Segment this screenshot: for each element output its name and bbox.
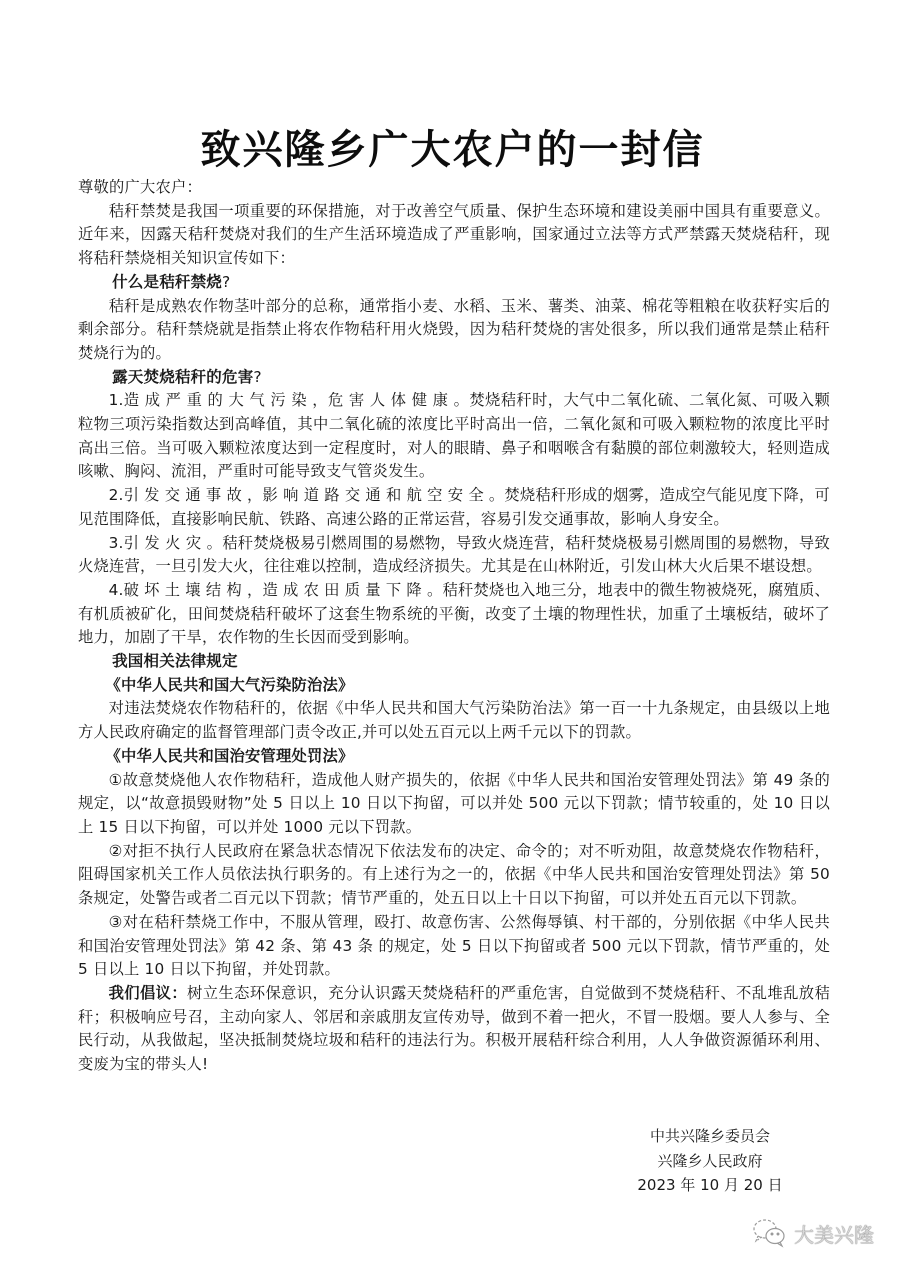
letter-title: 致兴隆乡广大农户的一封信 xyxy=(0,125,905,175)
letter-body: 尊敬的广大农户： 秸秆禁焚是我国一项重要的环保措施，对于改善空气质量、保护生态环… xyxy=(78,176,830,1077)
harm-lead: 1.造 成 严 重 的 大 气 污 染 ，危 害 人 体 健 康 。 xyxy=(109,391,470,409)
section-heading-laws: 我国相关法律规定 xyxy=(78,650,830,674)
law-item-2: ②对拒不执行人民政府在紧急状态情况下依法发布的决定、命令的；对不听劝阻，故意焚烧… xyxy=(78,840,830,911)
proposal-lead: 我们倡议： xyxy=(109,984,187,1002)
heading-text: 露天焚烧秸秆的危害 xyxy=(112,368,253,386)
law-title-public-security: 《中华人民共和国治安管理处罚法》 xyxy=(78,745,830,769)
heading-text: 什么是秸秆禁烧 xyxy=(112,273,222,291)
watermark: 大美兴隆 xyxy=(752,1218,874,1248)
law-item-1: ①故意焚烧他人农作物秸秆，造成他人财产损失的，依据《中华人民共和国治安管理处罚法… xyxy=(78,769,830,840)
harm-item-3: 3.引 发 火 灾 。秸秆焚烧极易引燃周围的易燃物，导致火烧连营，秸秆焚烧极易引… xyxy=(78,532,830,579)
law-item-3: ③对在秸秆禁烧工作中，不服从管理，殴打、故意伤害、公然侮辱镇、村干部的，分别依据… xyxy=(78,911,830,982)
proposal-paragraph: 我们倡议：树立生态环保意识，充分认识露天焚烧秸秆的严重危害，自觉做到不焚烧秸秆、… xyxy=(78,982,830,1077)
harm-lead: 4.破 坏 土 壤 结 构 ，造 成 农 田 质 量 下 降 。 xyxy=(109,581,443,599)
harm-item-4: 4.破 坏 土 壤 结 构 ，造 成 农 田 质 量 下 降 。秸秆焚烧也入地三… xyxy=(78,579,830,650)
signature-org-government: 兴隆乡人民政府 xyxy=(600,1149,820,1174)
watermark-text: 大美兴隆 xyxy=(794,1219,874,1248)
harm-lead: 3.引 发 火 灾 。 xyxy=(109,534,223,552)
signature-org-party-committee: 中共兴隆乡委员会 xyxy=(600,1124,820,1149)
law-title-air-pollution: 《中华人民共和国大气污染防治法》 xyxy=(78,674,830,698)
intro-paragraph: 秸秆禁焚是我国一项重要的环保措施，对于改善空气质量、保护生态环境和建设美丽中国具… xyxy=(78,200,830,271)
harm-item-2: 2.引 发 交 通 事 故 ，影 响 道 路 交 通 和 航 空 安 全 。焚烧… xyxy=(78,484,830,531)
law-body-air-pollution: 对违法焚烧农作物秸秆的，依据《中华人民共和国大气污染防治法》第一百一十九条规定，… xyxy=(78,697,830,744)
wechat-icon xyxy=(752,1218,788,1248)
signature-block: 中共兴隆乡委员会 兴隆乡人民政府 2023 年 10 月 20 日 xyxy=(600,1124,820,1198)
heading-mark: ? xyxy=(253,368,261,386)
signature-date: 2023 年 10 月 20 日 xyxy=(600,1173,820,1198)
section-heading-what-is: 什么是秸秆禁烧? xyxy=(78,271,830,295)
section-what-is-body: 秸秆是成熟农作物茎叶部分的总称，通常指小麦、水稻、玉米、薯类、油菜、棉花等粗粮在… xyxy=(78,295,830,366)
heading-mark: ? xyxy=(222,273,230,291)
salutation: 尊敬的广大农户： xyxy=(78,176,830,200)
proposal-body: 树立生态环保意识，充分认识露天焚烧秸秆的严重危害，自觉做到不焚烧秸秆、不乱堆乱放… xyxy=(78,984,830,1073)
section-heading-harms: 露天焚烧秸秆的危害? xyxy=(78,366,830,390)
harm-lead: 2.引 发 交 通 事 故 ，影 响 道 路 交 通 和 航 空 安 全 。 xyxy=(109,486,505,504)
harm-item-1: 1.造 成 严 重 的 大 气 污 染 ，危 害 人 体 健 康 。焚烧秸秆时，… xyxy=(78,389,830,484)
